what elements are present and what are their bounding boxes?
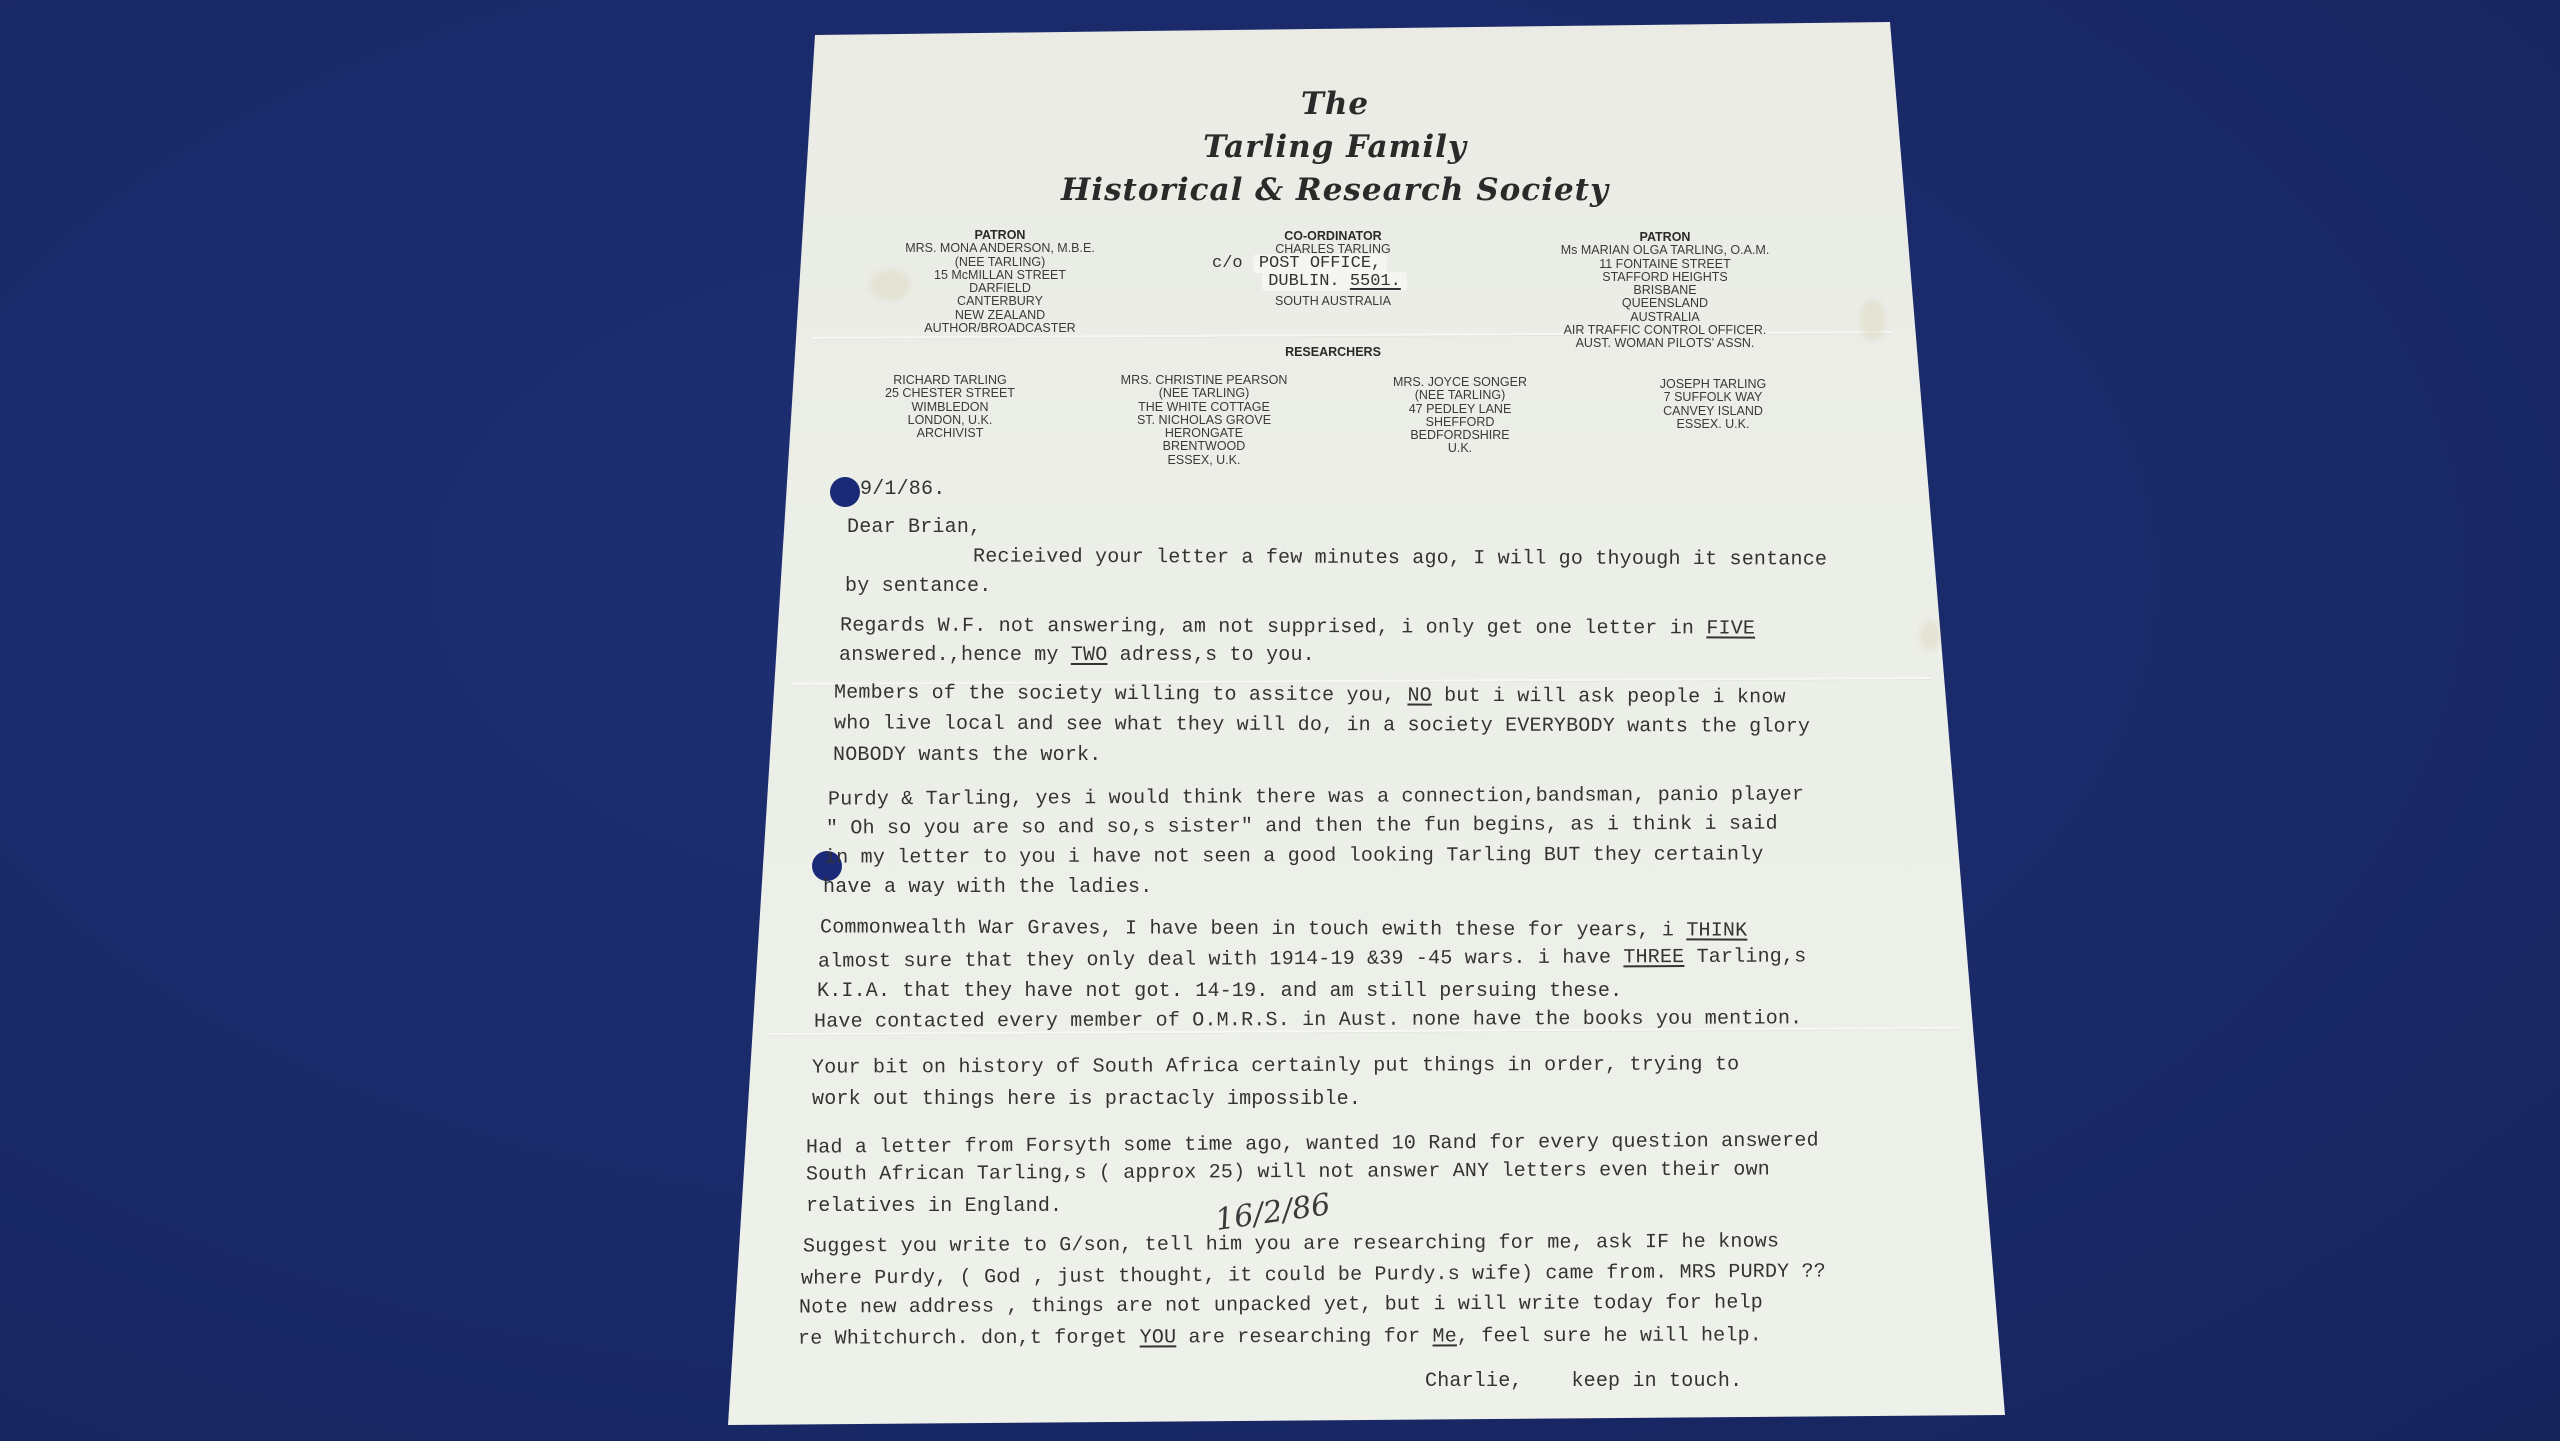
paper-stain xyxy=(1860,300,1885,340)
patron-left-block: PATRON MRS. MONA ANDERSON, M.B.E. (NEE T… xyxy=(880,229,1120,335)
care-of: c/o xyxy=(1212,254,1243,273)
patron-right-block: PATRON Ms MARIAN OLGA TARLING, O.A.M. 11… xyxy=(1545,231,1785,351)
body-line: in my letter to you i have not seen a go… xyxy=(824,843,1764,869)
letterhead-title-the: The xyxy=(1000,86,1670,122)
letterhead-title-family: Tarling Family xyxy=(1000,129,1670,165)
patron-left-heading: PATRON xyxy=(880,229,1120,242)
body-line: re Whitchurch. don,t forget YOU are rese… xyxy=(798,1324,1762,1350)
researcher-card: MRS. CHRISTINE PEARSON (NEE TARLING) THE… xyxy=(1094,374,1314,467)
signoff-text: keep in touch. xyxy=(1571,1370,1742,1393)
coordinator-block: CO-ORDINATOR CHARLES TARLING xyxy=(1213,230,1453,257)
coordinator-address: c/o POST OFFICE, DUBLIN. 5501. xyxy=(1212,255,1407,291)
researchers-heading: RESEARCHERS xyxy=(1213,346,1453,359)
hole-punch xyxy=(830,477,860,507)
patron-right-line: Ms MARIAN OLGA TARLING, O.A.M. xyxy=(1545,244,1785,257)
patron-right-line: AUSTRALIA xyxy=(1545,311,1785,324)
patron-right-line: AUST. WOMAN PILOTS' ASSN. xyxy=(1545,337,1785,350)
researcher-card: MRS. JOYCE SONGER (NEE TARLING) 47 PEDLE… xyxy=(1350,376,1570,456)
patron-left-line: 15 McMILLAN STREET xyxy=(880,269,1120,282)
patron-left-line: (NEE TARLING) xyxy=(880,256,1120,269)
body-line: Commonwealth War Graves, I have been in … xyxy=(820,916,1747,942)
patron-right-line: BRISBANE xyxy=(1545,284,1785,297)
patron-right-line: STAFFORD HEIGHTS xyxy=(1545,271,1785,284)
signoff: Charlie, keep in touch. xyxy=(1425,1370,1742,1393)
body-line: K.I.A. that they have not got. 14-19. an… xyxy=(817,980,1622,1003)
body-line: Your bit on history of South Africa cert… xyxy=(812,1053,1739,1079)
body-line: relatives in England. xyxy=(806,1195,1062,1218)
patron-left-line: DARFIELD xyxy=(880,282,1120,295)
body-line: Have contacted every member of O.M.R.S. … xyxy=(814,1007,1802,1033)
patron-left-line: MRS. MONA ANDERSON, M.B.E. xyxy=(880,242,1120,255)
researcher-card: RICHARD TARLING 25 CHESTER STREET WIMBLE… xyxy=(850,374,1050,440)
patron-left-line: CANTERBURY xyxy=(880,295,1120,308)
body-line: by sentance. xyxy=(845,575,991,598)
patron-left-line: NEW ZEALAND xyxy=(880,309,1120,322)
emphasis-you: YOU xyxy=(1140,1326,1177,1349)
signoff-name: Charlie, xyxy=(1425,1370,1523,1393)
body-line: Recieived your letter a few minutes ago,… xyxy=(973,546,1827,572)
emphasis-think: THINK xyxy=(1686,919,1747,942)
paper-stain xyxy=(1920,620,1940,650)
emphasis-me: Me xyxy=(1432,1325,1456,1348)
coordinator-region: SOUTH AUSTRALIA xyxy=(1213,295,1453,308)
body-line: Regards W.F. not answering, am not suppr… xyxy=(840,614,1755,640)
address-line-1: POST OFFICE, xyxy=(1253,254,1387,273)
patron-right-heading: PATRON xyxy=(1545,231,1785,244)
emphasis-three: THREE xyxy=(1623,946,1684,969)
coordinator-heading: CO-ORDINATOR xyxy=(1213,230,1453,243)
patron-right-line: QUEENSLAND xyxy=(1545,297,1785,310)
emphasis-five: FIVE xyxy=(1706,617,1755,640)
emphasis-no: NO xyxy=(1407,685,1432,708)
body-line: work out things here is practacly imposs… xyxy=(812,1088,1361,1111)
patron-left-line: AUTHOR/BROADCASTER xyxy=(880,322,1120,335)
letter-date: 9/1/86. xyxy=(860,478,945,501)
salutation: Dear Brian, xyxy=(847,516,981,539)
body-line: have a way with the ladies. xyxy=(823,876,1152,899)
researcher-card: JOSEPH TARLING 7 SUFFOLK WAY CANVEY ISLA… xyxy=(1613,378,1813,431)
postcode: 5501. xyxy=(1350,272,1401,291)
patron-right-line: AIR TRAFFIC CONTROL OFFICER. xyxy=(1545,324,1785,337)
body-line: who live local and see what they will do… xyxy=(834,712,1810,738)
emphasis-two: TWO xyxy=(1071,644,1108,667)
address-line-2: DUBLIN. xyxy=(1268,272,1339,291)
patron-right-line: 11 FONTAINE STREET xyxy=(1545,258,1785,271)
body-line: answered.,hence my TWO adress,s to you. xyxy=(839,644,1315,667)
body-line: NOBODY wants the work. xyxy=(833,744,1101,767)
letterhead-title-society: Historical & Research Society xyxy=(1000,172,1670,208)
